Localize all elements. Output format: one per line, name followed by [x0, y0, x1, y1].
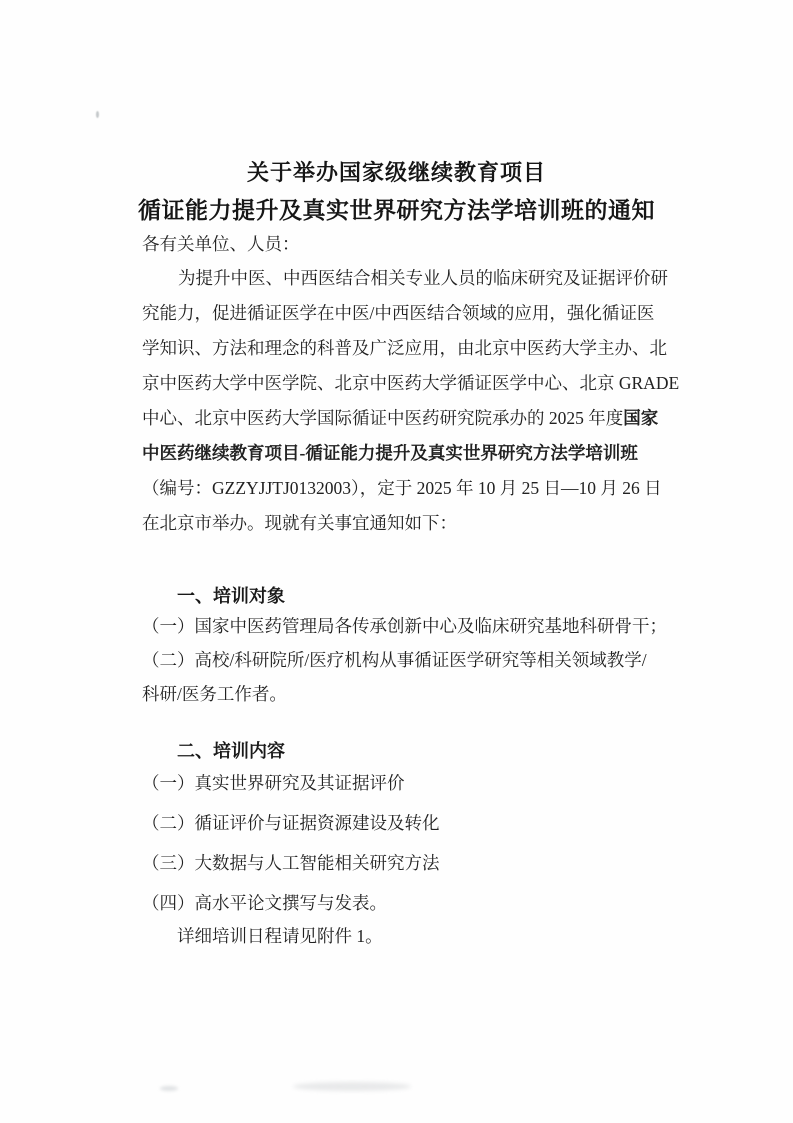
- paragraph-line: 京中医药大学中医学院、北京中医药大学循证医学中心、北京 GRADE: [142, 366, 658, 401]
- section-2-item: （四）高水平论文撰写与发表。: [142, 883, 658, 923]
- project-name-bold-text: 国家: [623, 408, 658, 428]
- section-2-item: （二）循证评价与证据资源建设及转化: [142, 803, 658, 843]
- intro-paragraph: 为提升中医、中西医结合相关专业人员的临床研究及证据评价研 究能力，促进循证医学在…: [142, 261, 658, 541]
- section-2-heading: 二、培训内容: [177, 737, 285, 763]
- section-1-body: （一）国家中医药管理局各传承创新中心及临床研究基地科研骨干； （二）高校/科研院…: [142, 609, 658, 711]
- notice-title-line-1: 关于举办国家级继续教育项目: [0, 156, 793, 187]
- section-1-item-continuation: 科研/医务工作者。: [142, 677, 658, 711]
- scan-artifact: [293, 1082, 411, 1091]
- section-2-item: （三）大数据与人工智能相关研究方法: [142, 843, 658, 883]
- paragraph-line: （编号：GZZYJJTJ0132003），定于 2025 年 10 月 25 日…: [142, 471, 658, 506]
- section-2-body: （一）真实世界研究及其证据评价 （二）循证评价与证据资源建设及转化 （三）大数据…: [142, 763, 658, 923]
- paragraph-line: 为提升中医、中西医结合相关专业人员的临床研究及证据评价研: [142, 261, 658, 296]
- section-2-item: （一）真实世界研究及其证据评价: [142, 763, 658, 803]
- project-name-bold-line: 中医药继续教育项目-循证能力提升及真实世界研究方法学培训班: [142, 436, 658, 471]
- paragraph-line: 在北京市举办。现就有关事宜通知如下：: [142, 506, 658, 541]
- section-1-item: （一）国家中医药管理局各传承创新中心及临床研究基地科研骨干；: [142, 609, 658, 643]
- notice-document-page: 关于举办国家级继续教育项目 循证能力提升及真实世界研究方法学培训班的通知 各有关…: [0, 0, 793, 1123]
- scan-artifact: [96, 111, 99, 118]
- attachment-note: 详细培训日程请见附件 1。: [177, 920, 383, 953]
- paragraph-line: 中心、北京中医药大学国际循证中医药研究院承办的 2025 年度国家: [142, 401, 658, 436]
- notice-title-line-2: 循证能力提升及真实世界研究方法学培训班的通知: [0, 192, 793, 225]
- paragraph-line: 学知识、方法和理念的科普及广泛应用，由北京中医药大学主办、北: [142, 331, 658, 366]
- section-1-heading: 一、培训对象: [177, 582, 285, 608]
- paragraph-line: 究能力，促进循证医学在中医/中西医结合领域的应用，强化循证医: [142, 296, 658, 331]
- paragraph-text: 中心、北京中医药大学国际循证中医药研究院承办的 2025 年度: [142, 408, 623, 428]
- section-1-item: （二）高校/科研院所/医疗机构从事循证医学研究等相关领域教学/: [142, 643, 658, 677]
- salutation: 各有关单位、人员：: [142, 231, 300, 256]
- scan-artifact: [160, 1086, 178, 1091]
